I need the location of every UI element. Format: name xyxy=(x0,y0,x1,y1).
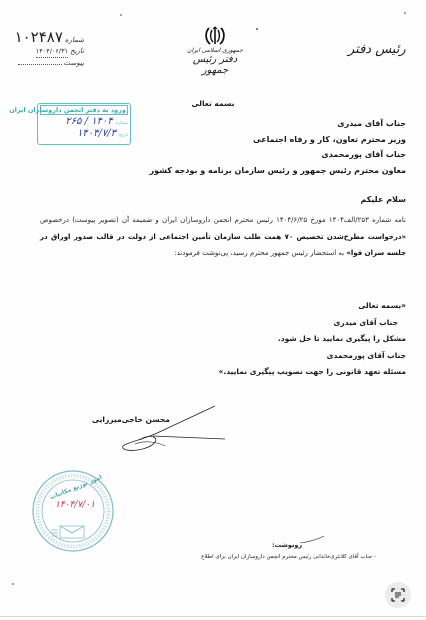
scan-speck xyxy=(256,28,258,30)
chief-of-office-heading: رئیس دفتر xyxy=(348,42,406,57)
text-scan-icon xyxy=(391,588,405,602)
attachment-value xyxy=(18,58,62,65)
annotation-heading: «بسمه تعالی xyxy=(126,298,406,315)
attachment-row: پیوست xyxy=(18,58,84,69)
distribution-stamp-date: ۱۴۰۴/۷/۰۱ xyxy=(44,500,106,510)
attachment-label: پیوست xyxy=(64,58,84,69)
greeting: سلام علیکم xyxy=(360,195,406,204)
iran-emblem-icon xyxy=(204,26,226,46)
letter-date: ۱۴۰۴/۰۶/۳۱ xyxy=(36,46,68,58)
presidential-annotation: «بسمه تعالی جناب آقای میدری مشکل را پیگی… xyxy=(126,298,406,381)
addressee-line: معاون محترم رئیس جمهور و رئیس سازمان برن… xyxy=(106,163,406,179)
addressee-line: جناب آقای پورمحمدی xyxy=(106,147,406,163)
letter-metadata: شماره ۱۰۲۴۸۷ تاریخ ۱۴۰۴/۰۶/۳۱ پیوست xyxy=(18,30,84,69)
letter-number-row: شماره ۱۰۲۴۸۷ xyxy=(18,30,84,46)
letter-date-row: تاریخ ۱۴۰۴/۰۶/۳۱ xyxy=(18,46,84,58)
annotation-line: مسئله تعهد قانونی را جهت تصویب پیگیری نم… xyxy=(126,364,406,381)
cc-label: رونوشت: xyxy=(272,541,302,549)
signer-name: محسن حاجی‌میرزایی xyxy=(92,415,170,424)
body-text-part2: به استحضار رئیس جمهور محترم رسید، پی‌نوش… xyxy=(174,249,346,257)
scan-speck xyxy=(120,14,122,16)
text-scan-button[interactable] xyxy=(385,582,411,608)
addressee-line: جناب آقای میدری xyxy=(106,116,406,132)
letter-number: ۱۰۲۴۸۷ xyxy=(15,30,63,44)
scan-speck xyxy=(404,12,406,14)
annotation-line: جناب آقای میدری xyxy=(126,315,406,332)
emblem-office-text: دفتر رئیس جمهور xyxy=(182,54,248,76)
distribution-stamp-icon xyxy=(30,468,116,554)
number-label: شماره xyxy=(65,35,84,46)
annotation-line: مشکل را پیگیری نمایید تا حل شود. xyxy=(126,331,406,348)
addressee-line: وزیر محترم تعاون، کار و رفاه اجتماعی xyxy=(106,132,406,148)
cc-recipient: - جناب آقای کلانتری‌خاندانی رئیس محترم ا… xyxy=(96,554,376,560)
letter-body: نامه شماره ۲۵۳/الف۱۴۰۴ مورخ ۱۴۰۴/۶/۲۵ رئ… xyxy=(40,212,406,262)
letterhead-emblem-block: جمهوری اسلامی ایران دفتر رئیس جمهور xyxy=(182,26,248,76)
cc-flourish-icon xyxy=(300,536,324,544)
body-text-part1: نامه شماره ۲۵۳/الف۱۴۰۴ مورخ ۱۴۰۴/۶/۲۵ رئ… xyxy=(40,216,406,224)
annotation-line: جناب آقای پورمحمدی xyxy=(126,348,406,365)
page-bottom-edge xyxy=(0,616,426,617)
handwritten-signature-icon xyxy=(95,404,225,454)
addressees-block: جناب آقای میدری وزیر محترم تعاون، کار و … xyxy=(106,116,406,178)
scan-speck xyxy=(12,583,14,585)
date-label: تاریخ xyxy=(70,46,84,57)
salutation-heading: بسمه تعالی xyxy=(0,99,426,108)
letter-page: شماره ۱۰۲۴۸۷ تاریخ ۱۴۰۴/۰۶/۳۱ پیوست جمهو… xyxy=(0,0,426,616)
emblem-country-text: جمهوری اسلامی ایران xyxy=(182,47,248,54)
